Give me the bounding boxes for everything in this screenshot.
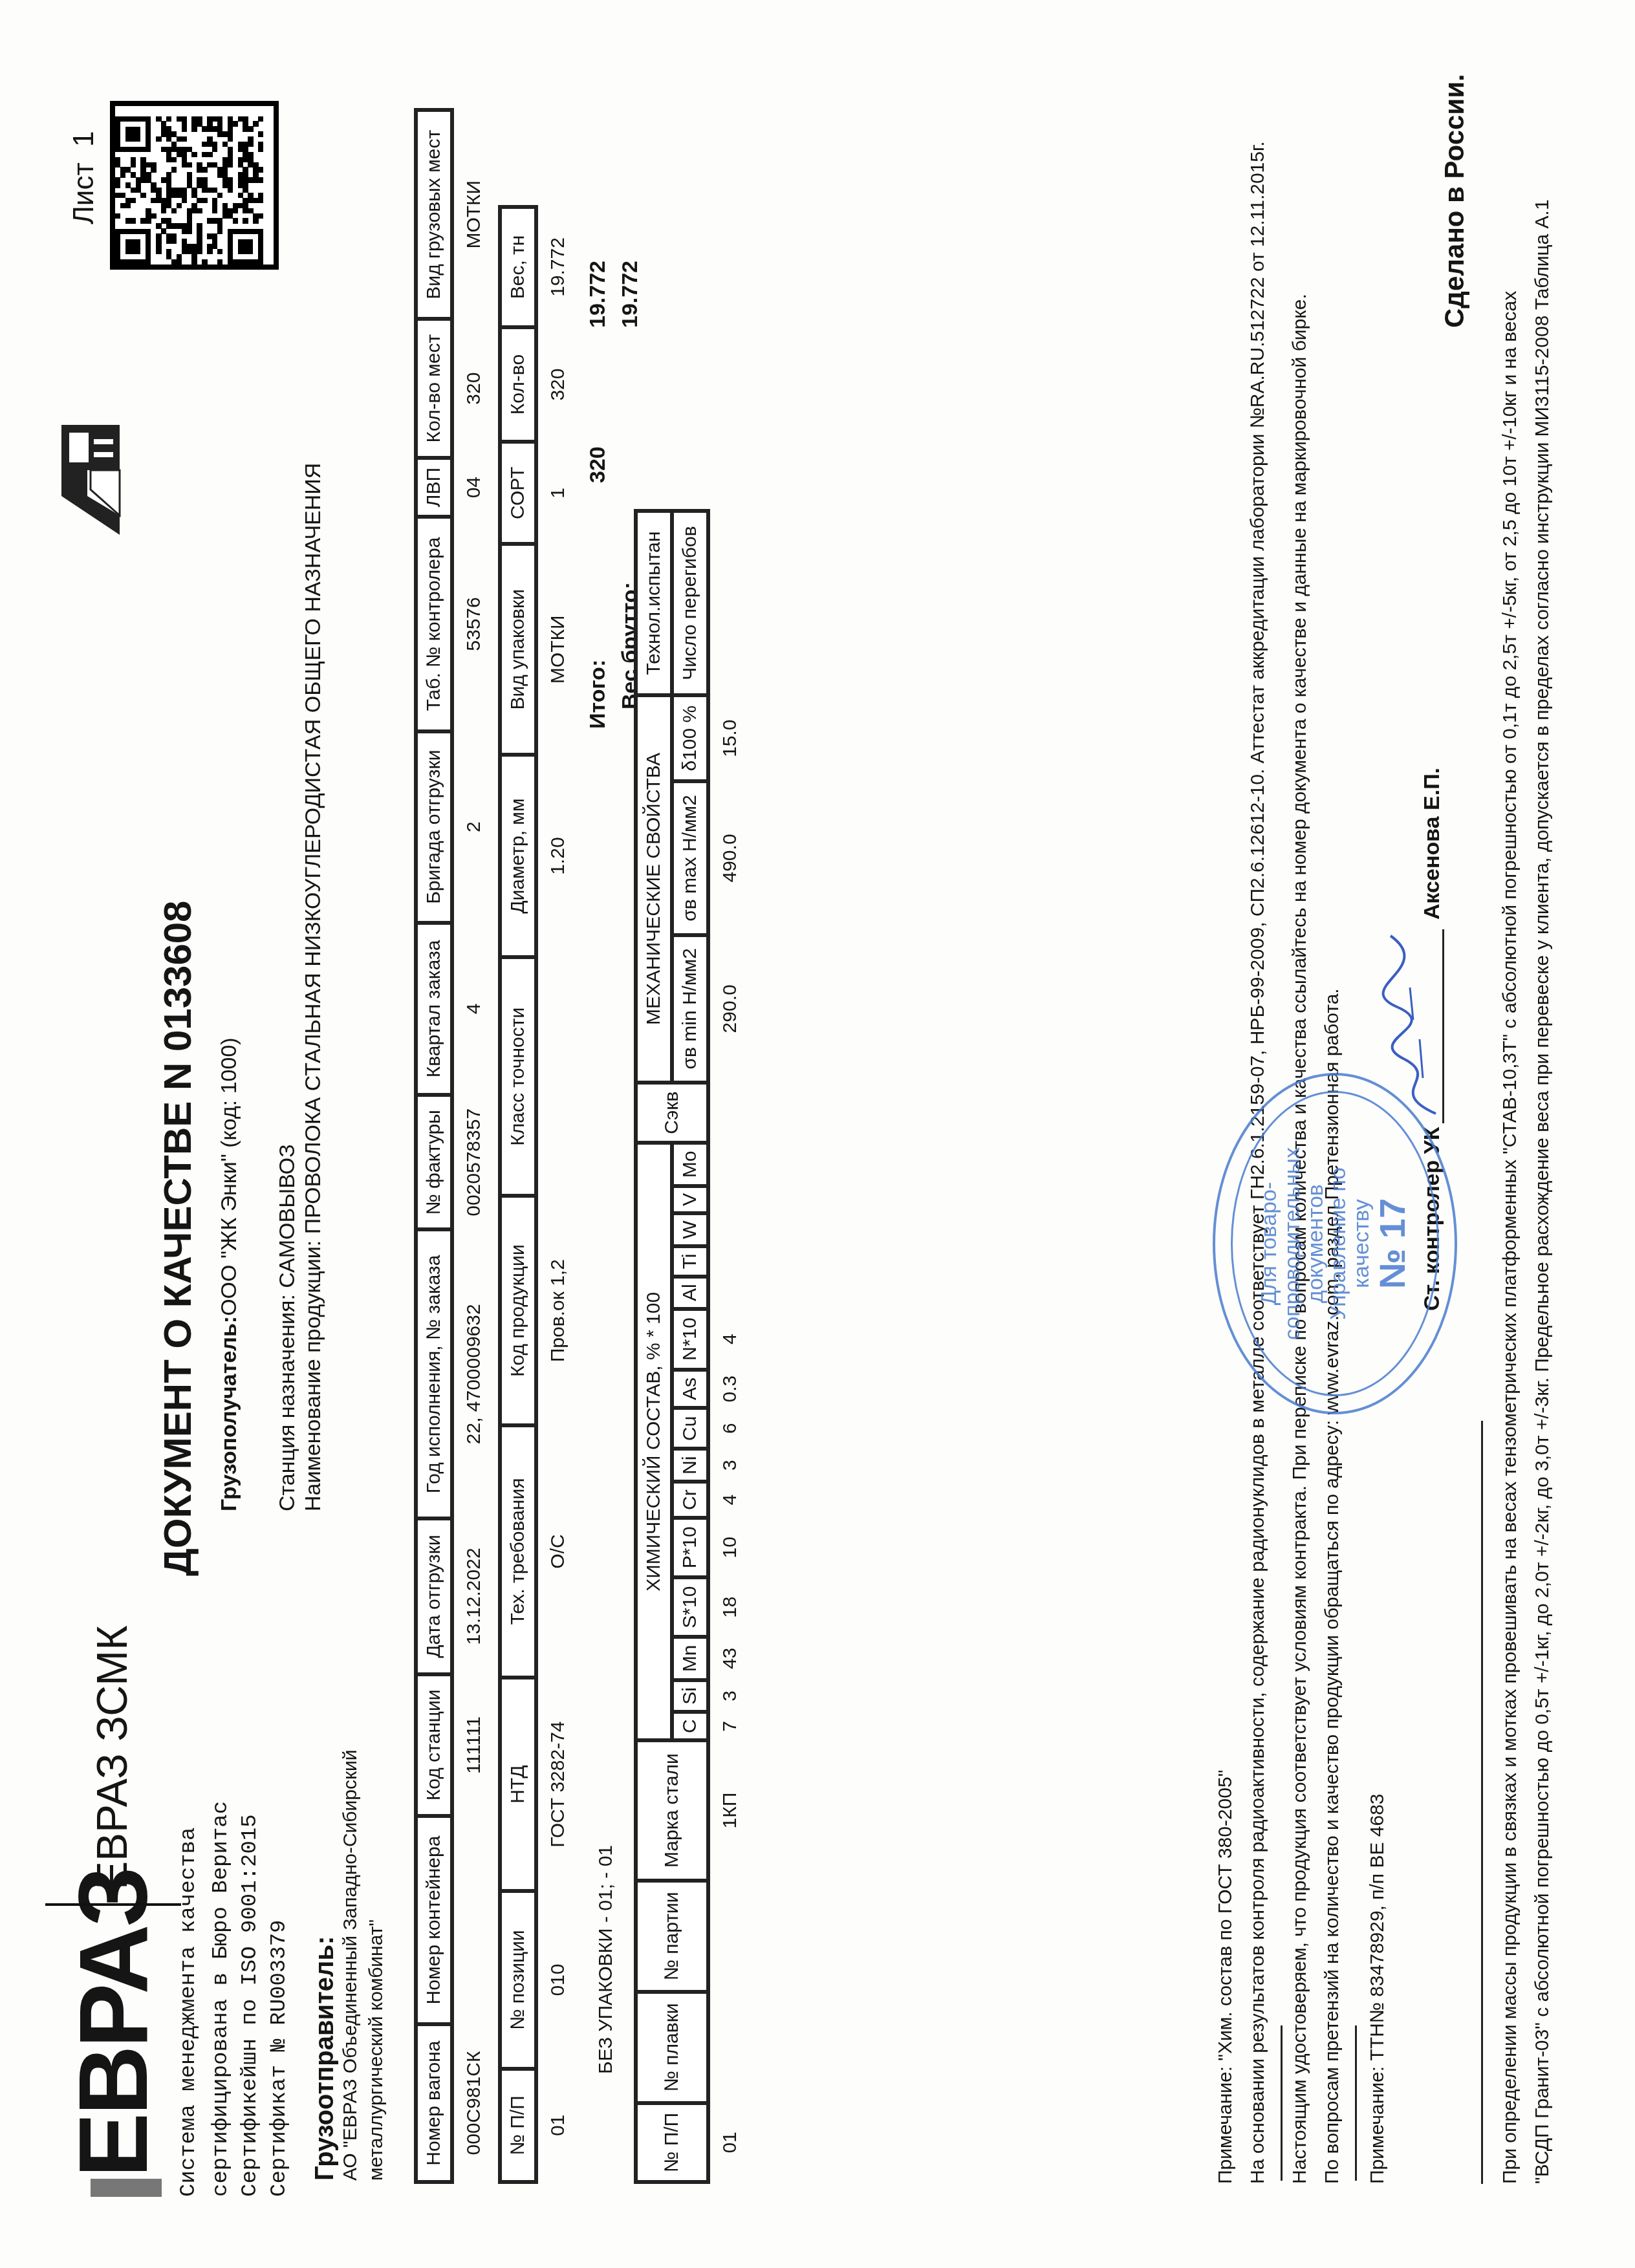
element-header: Ti	[672, 1246, 708, 1277]
tech-value	[708, 511, 750, 695]
product-value: ПРОВОЛОКА СТАЛЬНАЯ НИЗКОУГЛЕРОДИСТАЯ ОБЩ…	[301, 463, 325, 1235]
column-header: Диаметр, мм	[500, 755, 536, 957]
element-header: V	[672, 1186, 708, 1213]
element-header: P*10	[672, 1518, 708, 1577]
table-cell	[708, 1992, 750, 2103]
table-cell: 0020578357	[452, 1095, 494, 1229]
shipper-line-1: АО "ЕВРАЗ Объединенный Западно-Сибирский	[340, 1749, 362, 2181]
column-header: № фактуры	[416, 1095, 452, 1229]
logo-divider	[45, 1903, 181, 1906]
divider	[1281, 2025, 1283, 2181]
table-cell: 13.12.2022	[452, 1518, 494, 1674]
column-header: Номер вагона	[416, 2024, 452, 2182]
table-cell: 000С981СК	[452, 2024, 494, 2182]
element-header: Al	[672, 1277, 708, 1309]
mech-value: 15.0	[708, 695, 750, 781]
column-header: Вес, тн	[500, 207, 536, 327]
column-header: № П/П	[636, 2103, 708, 2182]
table-cell: 04	[452, 458, 494, 517]
product-label: Наименование продукции:	[301, 1240, 325, 1511]
element-header: Si	[672, 1680, 708, 1712]
qms-line-3: Сертификейшн по ISO 9001:2015	[239, 1814, 261, 2197]
column-header: Таб. № контролера	[416, 517, 452, 731]
table-cell: 111111	[452, 1674, 494, 1816]
column-header: № партии	[636, 1881, 708, 1992]
shipper-line-2: металлургический комбинат"	[365, 1919, 387, 2181]
qms-line-4: Сертификат № RU003379	[268, 1920, 290, 2197]
table-cell: 01	[708, 2103, 750, 2182]
divider	[1355, 2025, 1357, 2181]
table-cell: 4	[452, 923, 494, 1096]
table-cell: 53576	[452, 517, 494, 731]
column-header: Марка стали	[636, 1740, 708, 1881]
element-value: 3	[708, 1449, 750, 1482]
element-value: 4	[708, 1309, 750, 1370]
note-chem-standard: Примечание: "Хим. состав по ГОСТ 380-200…	[1216, 1770, 1235, 2184]
element-value: 0.3	[708, 1370, 750, 1409]
tech-header: Число перегибов	[672, 511, 708, 695]
column-header: № плавки	[636, 1992, 708, 2103]
quality-stamp: Для товаро- сопроводительных документов …	[1213, 1073, 1457, 1414]
element-header: Cr	[672, 1482, 708, 1518]
element-header: Cu	[672, 1408, 708, 1449]
table-cell: 22, 4700009632	[452, 1229, 494, 1518]
evraz-logo: ЕВРАЗ	[65, 1868, 162, 2177]
element-value: 4	[708, 1482, 750, 1518]
group-header-tech-test: Технол.испытан	[636, 511, 672, 695]
table-cell: 1	[536, 442, 578, 544]
table-cell: 01	[536, 2069, 578, 2182]
plant-name: ЕВРАЗ ЗСМК	[91, 1625, 133, 1890]
document-title: ДОКУМЕНТ О КАЧЕСТВЕ N 0133608	[155, 901, 200, 1577]
qms-line-1: Система менеджмента качества	[178, 1828, 200, 2197]
packaging-note: БЕЗ УПАКОВКИ - 01; - 01	[595, 1845, 617, 2074]
note-ttn: Примечание: ТТН№ 83478929, п/п ВЕ 4683	[1368, 1793, 1387, 2184]
controller-name: Аксенова Е.П.	[1420, 768, 1445, 920]
element-header: Mn	[672, 1637, 708, 1679]
consignee-value: ООО "ЖК Энки" (код: 1000)	[217, 1037, 241, 1316]
mc-logo-icon	[55, 418, 126, 535]
column-header: Номер контейнера	[416, 1816, 452, 2024]
column-header: Дата отгрузки	[416, 1518, 452, 1674]
element-header: C	[672, 1712, 708, 1740]
column-header: № позиции	[500, 1891, 536, 2069]
element-value	[708, 1143, 750, 1185]
column-header: НТД	[500, 1678, 536, 1891]
element-header: S*10	[672, 1577, 708, 1637]
column-header: Бригада отгрузки	[416, 731, 452, 923]
qr-code	[110, 101, 279, 270]
logo-mark	[91, 2179, 162, 2197]
column-header: Квартал заказа	[416, 923, 452, 1096]
table-cell	[708, 1881, 750, 1992]
table-cell: Пров.ок 1,2	[536, 1196, 578, 1425]
element-value: 6	[708, 1408, 750, 1449]
column-header: Тех. требования	[500, 1425, 536, 1678]
table-cell: 2	[452, 731, 494, 923]
mech-header: δ100 %	[672, 695, 708, 781]
column-header: Год исполнения, № заказа	[416, 1229, 452, 1518]
station-label: Станция назначения:	[275, 1294, 299, 1511]
gross-weight: 19.772	[618, 261, 643, 328]
column-header: Вид упаковки	[500, 544, 536, 755]
stamp-number: № 17	[1374, 1198, 1412, 1289]
column-header: Кол-во мест	[416, 319, 452, 457]
element-value	[708, 1186, 750, 1213]
element-value: 10	[708, 1518, 750, 1577]
station-value: САМОВЫВОЗ	[275, 1144, 299, 1288]
element-header: Ni	[672, 1449, 708, 1482]
column-header: Класс точности	[500, 957, 536, 1196]
column-header: № П/П	[500, 2069, 536, 2182]
group-header-chemistry: ХИМИЧЕСКИЙ СОСТАВ, % * 100	[636, 1143, 672, 1740]
table-cell: 1КП	[708, 1740, 750, 1881]
table-cell	[452, 1816, 494, 2024]
mech-value: 290.0	[708, 935, 750, 1083]
group-header-mechanical: МЕХАНИЧЕСКИЕ СВОЙСТВА	[636, 695, 672, 1083]
mech-value: 490.0	[708, 781, 750, 935]
chemistry-mechanical-table: № П/П№ плавки№ партииМарка сталиХИМИЧЕСК…	[634, 509, 750, 2184]
element-value: 7	[708, 1712, 750, 1740]
element-header: As	[672, 1370, 708, 1409]
position-table: № П/П№ позицииНТДТех. требованияКод прод…	[498, 205, 578, 2184]
column-header: Код станции	[416, 1674, 452, 1816]
shipper-label: Грузоотправитель:	[310, 1936, 340, 2181]
element-value	[708, 1246, 750, 1277]
column-header: Cэкв	[636, 1083, 708, 1143]
column-header: Код продукции	[500, 1196, 536, 1425]
cekv-value	[708, 1083, 750, 1143]
quality-certificate-page: ЕВРАЗ ЕВРАЗ ЗСМК Система менеджмента кач…	[0, 0, 1635, 2268]
element-value: 3	[708, 1680, 750, 1712]
element-value: 43	[708, 1637, 750, 1679]
element-header: N*10	[672, 1309, 708, 1370]
shipment-table: Номер вагонаНомер контейнераКод станцииД…	[414, 108, 494, 2184]
column-header: Кол-во	[500, 327, 536, 442]
table-cell: МОТКИ	[536, 544, 578, 755]
element-header: W	[672, 1213, 708, 1246]
sheet-number: Лист 1	[68, 131, 100, 224]
element-header: Mo	[672, 1143, 708, 1185]
table-cell: 010	[536, 1891, 578, 2069]
table-cell: 1.20	[536, 755, 578, 957]
table-cell: О/С	[536, 1425, 578, 1678]
qms-line-2: сертифицирована в Бюро Веритас	[210, 1801, 232, 2197]
table-cell: 19.772	[536, 207, 578, 327]
table-cell: ГОСТ 3282-74	[536, 1678, 578, 1891]
note-weighing-1: При определении массы продукции в связка…	[1500, 50, 1520, 2184]
table-cell: 320	[452, 319, 494, 457]
total-qty: 320	[585, 446, 611, 483]
mech-header: σв min Н/мм2	[672, 935, 708, 1083]
table-cell: 320	[536, 327, 578, 442]
element-value	[708, 1277, 750, 1309]
consignee-label: Грузополучатель:	[217, 1316, 241, 1511]
table-cell: МОТКИ	[452, 110, 494, 319]
made-in-russia: Сделано в России.	[1439, 74, 1470, 328]
mech-header: σв max Н/мм2	[672, 781, 708, 935]
column-header: Вид грузовых мест	[416, 110, 452, 319]
element-value	[708, 1213, 750, 1246]
total-label: Итого:	[585, 660, 611, 729]
column-header: СОРТ	[500, 442, 536, 544]
total-weight: 19.772	[585, 261, 611, 328]
note-weighing-2: "ВСДП Гранит-03" с абсолютной погрешност…	[1533, 50, 1552, 2184]
signature-icon	[1378, 929, 1449, 1117]
column-header: ЛВП	[416, 458, 452, 517]
table-cell	[536, 957, 578, 1196]
element-value: 18	[708, 1577, 750, 1637]
divider	[1481, 1421, 1483, 2184]
